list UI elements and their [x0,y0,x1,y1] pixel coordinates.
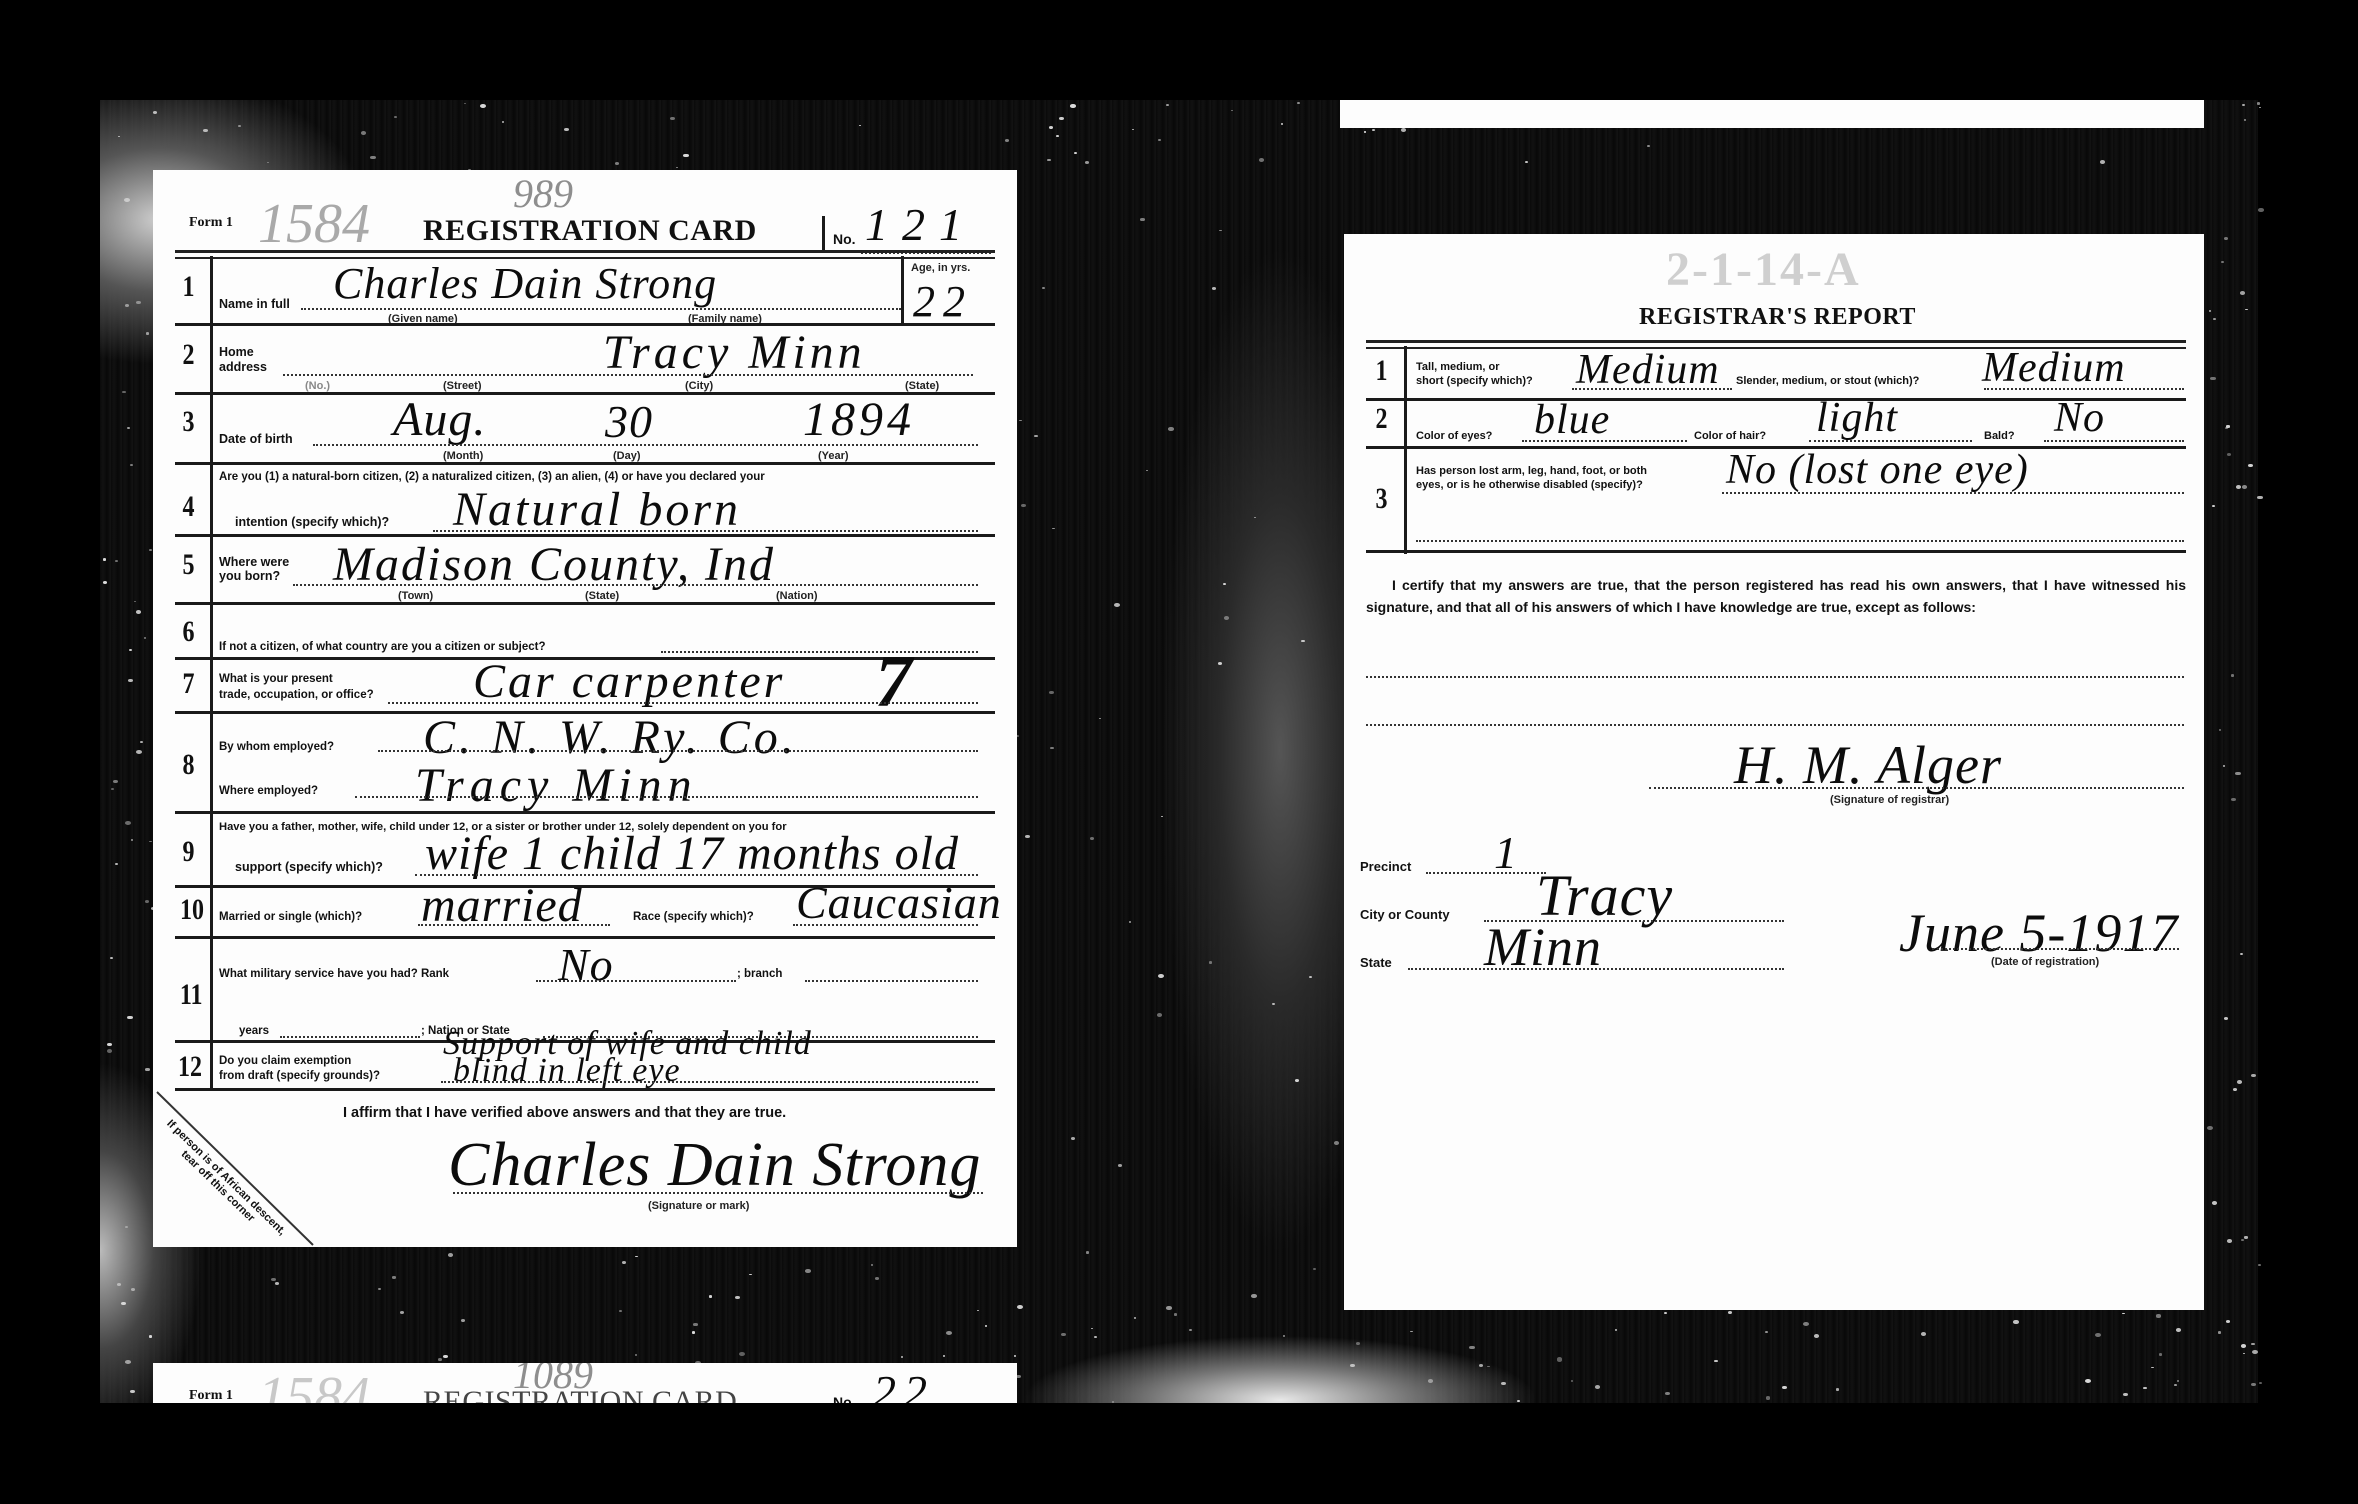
row-number: 12 [178,1050,202,1084]
film-speck [2235,772,2240,776]
name-value: Charles Dain Strong [333,258,717,309]
film-speck [2210,377,2215,381]
card-title: REGISTRATION CARD [423,1385,737,1403]
dotted-line [1649,787,2184,789]
number-value: 121 [865,198,976,251]
film-speck [1557,1357,1563,1361]
dotted-line [355,796,978,798]
film-speck [2244,119,2247,121]
dotted-line [1426,872,1546,874]
number-label: No. [833,1395,856,1403]
film-speck [1301,640,1305,642]
film-speck [2224,237,2229,240]
film-speck [2248,464,2253,467]
film-speck [2258,1264,2261,1266]
town-caption: (Town) [398,590,433,602]
exemption-value-2: blind in left eye [453,1052,681,1090]
film-speck [985,1325,987,1327]
registrar-signature-caption: (Signature of registrar) [1830,794,1949,806]
row-number: 5 [183,548,195,582]
film-speck [146,332,149,334]
race-value: Caucasian [796,876,1002,929]
film-speck [480,104,486,108]
hair-color-value: light [1816,394,1898,442]
film-speck [2240,291,2246,295]
film-speck [203,129,208,132]
film-speck [400,1311,405,1314]
exemption-label-2: from draft (specify grounds)? [219,1069,380,1083]
birthplace-label-2: you born? [219,569,280,583]
film-speck [2174,1384,2176,1386]
dotted-line [1932,948,2179,950]
film-speck [149,549,152,551]
row-number: 10 [180,893,204,927]
film-speck [145,1068,149,1071]
film-speck [127,1016,132,1020]
film-speck [2156,1314,2161,1317]
foreign-citizenship-label: If not a citizen, of what country are yo… [219,640,546,654]
film-speck [2218,1331,2221,1333]
build-value: Medium [1982,344,2126,392]
row-number: 9 [183,835,195,869]
film-speck [693,1323,697,1326]
film-speck [1059,117,1064,120]
row-rule [175,462,995,465]
film-speck [130,464,133,466]
film-speck [1166,1306,1171,1310]
height-value: Medium [1576,346,1720,394]
film-speck [443,1355,448,1358]
film-speck [111,788,114,790]
film-speck [2225,427,2228,429]
pencil-serial: 1584 [258,192,370,256]
film-speck [1251,1294,1256,1298]
occupation-label: What is your present [219,672,333,686]
registration-card: Form 1 1584 989 REGISTRATION CARD No. 12… [153,170,1017,1247]
film-speck [2231,674,2235,676]
film-speck [370,156,376,160]
film-speck [448,1253,453,1257]
film-speck [946,1331,952,1335]
dotted-line [1366,724,2184,726]
home-address-label: Home [219,345,254,359]
film-speck [1836,1388,1839,1390]
dotted-line [283,374,973,376]
dotted-line [1416,540,2184,542]
dotted-line [433,530,978,532]
film-speck [2224,1017,2228,1020]
registration-date-caption: (Date of registration) [1991,956,2099,968]
film-speck [2231,798,2236,801]
row-number: 3 [1376,482,1388,516]
corner-cut-line [153,1090,323,1250]
film-speck [1085,161,1089,164]
city-caption: (City) [685,380,713,392]
film-speck [2236,485,2241,489]
number-label: No. [833,232,856,246]
film-speck [1766,1396,1771,1399]
film-speck [136,301,141,304]
film-speck [1166,104,1169,106]
registrant-signature: Charles Dain Strong [448,1130,981,1201]
row-rule [175,811,995,814]
employer-label: By whom employed? [219,740,334,754]
report-title: REGISTRAR'S REPORT [1639,304,1916,331]
film-speck [2257,496,2263,500]
dotted-line [1722,492,2184,494]
dotted-line [1522,440,1687,442]
film-speck [110,957,113,959]
row-number: 1 [1376,354,1388,388]
film-speck [2221,261,2223,263]
disability-label: Has person lost arm, leg, hand, foot, or… [1416,464,1647,478]
film-speck [1005,139,1010,142]
film-speck [2258,208,2263,212]
film-speck [1112,1401,1114,1402]
film-speck [2259,1382,2262,1384]
film-speck [103,581,107,584]
row-number: 8 [183,748,195,782]
film-speck [2223,765,2225,767]
film-speck [1295,1079,1299,1082]
year-caption: (Year) [818,450,849,462]
dotted-line [418,924,610,926]
film-speck [136,610,141,614]
film-speck [1595,1385,1600,1389]
film-speck [1219,230,1221,232]
military-service-label: What military service have you had? Rank [219,967,449,981]
signature-caption: (Signature or mark) [648,1200,749,1212]
film-speck [130,1390,135,1393]
city-county-label: City or County [1360,908,1450,922]
dependents-label: support (specify which)? [235,860,383,874]
dotted-line [793,924,978,926]
divider [822,216,825,252]
dotted-line [280,1036,420,1038]
film-speck [2242,104,2245,106]
film-speck [1052,528,1054,530]
film-speck [615,162,619,165]
film-speck [2212,1201,2217,1205]
age-divider [901,256,904,324]
height-label-2: short (specify which)? [1416,374,1533,388]
dotted-line [805,980,978,982]
registrars-report-card: 2-1-14-A REGISTRAR'S REPORT 1 Tall, medi… [1344,234,2204,1310]
form-label: Form 1 [189,1389,233,1403]
film-speck [1021,504,1025,507]
card-title: REGISTRATION CARD [423,214,757,248]
bald-value: No [2054,394,2105,442]
eye-color-value: blue [1534,396,1610,444]
pencil-serial: 1584 [258,1365,370,1403]
citizenship-label: intention (specify which)? [235,515,389,529]
film-speck [564,128,569,131]
film-speck [2095,1333,2101,1337]
age-value: 22 [913,276,973,327]
film-speck [125,1360,131,1364]
eye-color-label: Color of eyes? [1416,429,1492,443]
film-speck [1174,1313,1177,1315]
film-speck [709,1295,713,1298]
registration-date-value: June 5-1917 [1899,902,2178,964]
dotted-line [453,1192,983,1194]
pencil-stamp: 2-1-14-A [1666,242,1861,297]
number-column-divider [1404,346,1407,554]
film-speck [1921,1332,1926,1336]
film-speck [2252,1350,2258,1354]
dotted-line [661,651,978,653]
dotted-line [378,750,978,752]
state-caption: (State) [905,380,939,392]
row-number: 3 [183,405,195,439]
pencil-number: 989 [513,170,573,217]
disability-value: No (lost one eye) [1726,446,2029,494]
film-speck [1469,1346,1474,1350]
film-speck [2257,102,2260,104]
dotted-line [388,702,978,704]
dependents-value: wife 1 child 17 months old [425,826,959,881]
number-column-divider [210,256,213,1088]
film-speck [1014,1355,1016,1356]
film-speck [1140,218,1144,221]
film-speck [129,649,131,651]
film-speck [1086,1251,1090,1254]
film-speck [2251,1074,2256,1077]
years-label: years [239,1024,269,1038]
film-speck [1664,1312,1667,1314]
row-number: 4 [183,490,195,524]
film-speck [2151,1367,2154,1369]
disability-label-2: eyes, or is he otherwise disabled (speci… [1416,478,1643,492]
row-number: 7 [183,667,195,701]
dotted-line [301,308,901,310]
film-speck [1782,1386,1786,1389]
film-speck [2085,1379,2091,1383]
occupation-value: Car carpenter [473,654,785,709]
nation-caption: (Nation) [776,590,818,602]
film-speck [1297,102,1300,104]
film-speck [113,780,117,783]
birthplace-label: Where were [219,555,289,569]
film-speck [1517,1400,1520,1402]
film-speck [1158,974,1164,978]
film-speck [1061,1333,1066,1336]
film-speck [735,1296,740,1300]
film-speck [2241,1239,2244,1241]
film-speck [670,117,675,120]
hair-color-label: Color of hair? [1694,429,1766,443]
film-speck [2259,107,2261,109]
name-label: Name in full [219,297,290,311]
film-speck [103,558,106,560]
dotted-line [441,1081,978,1083]
dotted-line [293,584,978,586]
film-speck [1283,1335,1285,1337]
film-speck [1070,104,1075,108]
film-speck [1372,129,1375,131]
dotted-line [1572,388,1732,390]
film-speck [2100,160,2105,163]
film-speck [136,750,142,754]
work-location-label: Where employed? [219,784,318,798]
film-speck [115,863,118,865]
dotted-line [1984,388,2184,390]
affirmation-text: I affirm that I have verified above answ… [343,1106,786,1120]
film-speck [117,1283,121,1286]
film-speck [805,1269,810,1273]
film-speck [1025,835,1030,838]
film-speck [125,821,131,825]
film-speck [1042,287,1045,289]
film-speck [2244,1236,2247,1238]
row-number: 11 [180,978,203,1012]
film-speck [1158,139,1160,141]
previous-card-edge [1340,100,2204,128]
film-speck [1056,135,1058,137]
row-rule [1366,550,2186,553]
work-location-value: Tracy Minn [415,758,698,813]
film-speck [1401,128,1406,132]
film-speck [875,1277,879,1280]
film-speck [1218,662,1222,665]
certification-text: I certify that my answers are true, that… [1366,574,2186,618]
film-speck [2219,729,2221,731]
next-registration-card: Form 1 1584 1089 REGISTRATION CARD No. 2… [153,1363,1017,1403]
film-speck [392,1276,395,1278]
marital-status-label: Married or single (which)? [219,910,362,924]
film-speck [635,1354,638,1356]
film-speck [1525,161,1528,163]
film-speck [131,839,133,841]
home-address-label-2: address [219,360,267,374]
film-speck [131,1288,135,1291]
film-speck [1157,1013,1162,1017]
film-speck [1017,1305,1023,1309]
dotted-line [1366,676,2184,678]
dotted-line [2044,440,2184,442]
military-rank-value: No [558,938,614,991]
row-number: 6 [183,615,195,649]
exemption-label: Do you claim exemption [219,1054,351,1068]
birth-year-value: 1894 [803,392,915,447]
dotted-line [1809,440,1972,442]
row-number: 2 [183,338,195,372]
state-caption: (State) [585,590,619,602]
film-speck [1334,1141,1340,1145]
film-speck [1168,427,1173,431]
film-speck [2241,1344,2246,1347]
citizenship-value: Natural born [453,482,741,537]
film-speck [1428,1379,1433,1382]
birth-month-value: Aug. [393,392,486,447]
film-speck [1189,1329,1191,1331]
build-label: Slender, medium, or stout (which)? [1736,374,1919,388]
precinct-label: Precinct [1360,860,1411,874]
home-address-value: Tracy Minn [603,325,866,380]
film-speck [2251,1383,2256,1387]
dotted-line [536,980,736,982]
date-of-birth-label: Date of birth [219,432,293,446]
day-caption: (Day) [613,450,641,462]
film-speck [2227,1239,2232,1242]
employer-value: C. N. W. Ry. Co. [423,710,798,765]
birth-day-value: 30 [605,395,653,448]
film-speck [149,1335,153,1337]
occupation-label-2: trade, occupation, or office? [219,688,374,702]
month-caption: (Month) [443,450,483,462]
film-speck [2013,1320,2018,1324]
row-number: 2 [1376,402,1388,436]
age-label: Age, in yrs. [911,262,970,274]
row-rule [175,602,995,605]
dotted-line [1408,968,1784,970]
branch-label: ; branch [737,967,782,981]
number-value: 22 [873,1365,935,1403]
film-speck [2143,1387,2147,1389]
row-rule [175,323,995,326]
state-label: State [1360,956,1392,970]
bald-label: Bald? [1984,429,2015,443]
form-label: Form 1 [189,216,233,230]
film-speck [2226,1320,2230,1323]
film-speck [1281,123,1284,125]
race-label: Race (specify which)? [633,910,754,924]
film-speck [502,121,504,122]
film-speck [1350,1364,1355,1368]
street-caption: (Street) [443,380,482,392]
dotted-line [313,444,978,446]
row-number: 1 [183,270,195,304]
height-label: Tall, medium, or [1416,360,1500,374]
no-caption: (No.) [305,380,330,392]
film-speck [271,1278,276,1281]
film-speck [2237,1080,2243,1084]
